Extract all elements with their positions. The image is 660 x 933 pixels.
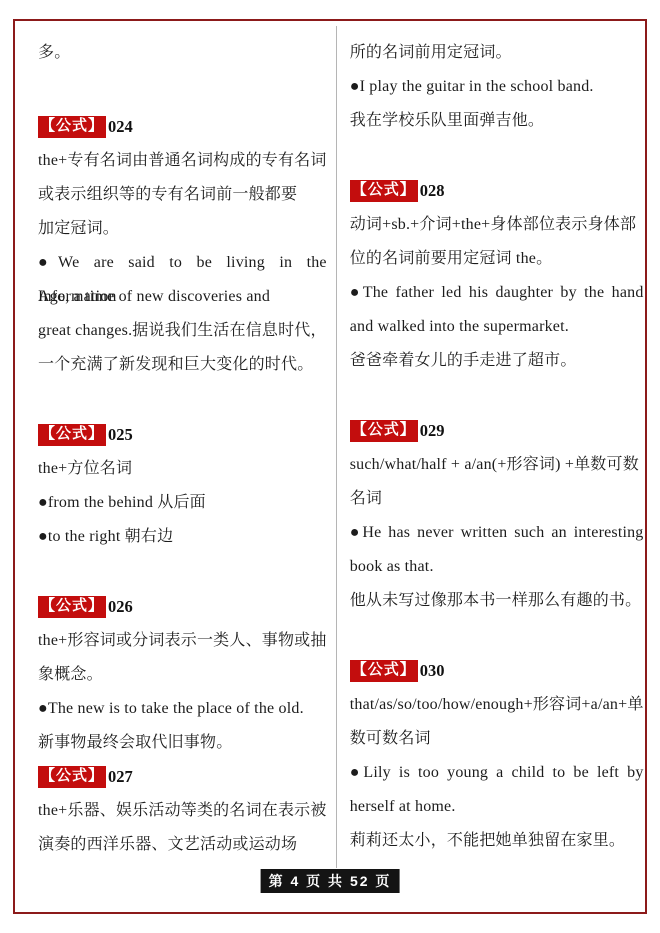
formula-number: 029 [420,421,445,441]
text-line: ●He has never written such an interestin… [350,516,644,550]
text-line: 我在学校乐队里面弹吉他。 [350,104,644,138]
text-line: such/what/half + a/an(+形容词) +单数可数 [350,448,644,482]
text-line: ●from the behind 从后面 [38,486,327,520]
formula-badge: 【公式】 [38,596,106,618]
formula-section-026: 【公式】 026 the+形容词或分词表示一类人、事物或抽 象概念。 ●The … [38,590,327,760]
text-line: ●to the right 朝右边 [38,520,327,554]
text-line: the+形容词或分词表示一类人、事物或抽 [38,624,327,658]
formula-section-025: 【公式】 025 the+方位名词 ●from the behind 从后面 ●… [38,418,327,554]
formula-badge: 【公式】 [38,116,106,138]
text-line: ●We are said to be living in the Informa… [38,246,327,280]
formula-number: 024 [108,117,133,137]
text-line: 莉莉还太小，不能把她单独留在家里。 [350,824,644,858]
formula-badge: 【公式】 [350,660,418,682]
text-line: ●I play the guitar in the school band. [350,70,644,104]
text-line: herself at home. [350,790,644,824]
formula-heading: 【公式】 030 [350,654,644,688]
formula-heading: 【公式】 026 [38,590,327,624]
text-line: the+专有名词由普通名词构成的专有名词 [38,144,327,178]
text-line: great changes.据说我们生活在信息时代， [38,314,327,348]
formula-section-029: 【公式】 029 such/what/half + a/an(+形容词) +单数… [350,414,644,618]
formula-badge: 【公式】 [350,420,418,442]
right-column: 所的名词前用定冠词。 ●I play the guitar in the sch… [337,36,644,868]
document-page: 多。 【公式】 024 the+专有名词由普通名词构成的专有名词 或表示组织等的… [0,0,660,933]
text-line: the+方位名词 [38,452,327,486]
text-line: 他从未写过像那本书一样那么有趣的书。 [350,584,644,618]
text-line: 多。 [38,36,327,70]
text-line: 一个充满了新发现和巨大变化的时代。 [38,348,327,382]
text-line: 加定冠词。 [38,212,327,246]
text-line: 所的名词前用定冠词。 [350,36,644,70]
formula-heading: 【公式】 028 [350,174,644,208]
two-column-layout: 多。 【公式】 024 the+专有名词由普通名词构成的专有名词 或表示组织等的… [38,36,634,868]
text-line: ●Lily is too young a child to be left by [350,756,644,790]
formula-heading: 【公式】 025 [38,418,327,452]
text-line: 演奏的西洋乐器、文艺活动或运动场 [38,828,327,862]
formula-heading: 【公式】 027 [38,760,327,794]
formula-number: 028 [420,181,445,201]
text-line: that/as/so/too/how/enough+形容词+a/an+单 [350,688,644,722]
text-line: the+乐器、娱乐活动等类的名词在表示被 [38,794,327,828]
text-line: 新事物最终会取代旧事物。 [38,726,327,760]
text-line: 或表示组织等的专有名词前一般都要 [38,178,327,212]
formula-section-030: 【公式】 030 that/as/so/too/how/enough+形容词+a… [350,654,644,858]
formula-number: 030 [420,661,445,681]
text-line: 位的名词前要用定冠词 the。 [350,242,644,276]
formula-section-024: 【公式】 024 the+专有名词由普通名词构成的专有名词 或表示组织等的专有名… [38,110,327,382]
left-column: 多。 【公式】 024 the+专有名词由普通名词构成的专有名词 或表示组织等的… [38,36,336,868]
formula-badge: 【公式】 [38,766,106,788]
formula-section-027: 【公式】 027 the+乐器、娱乐活动等类的名词在表示被 演奏的西洋乐器、文艺… [38,760,327,862]
formula-heading: 【公式】 029 [350,414,644,448]
text-line: 动词+sb.+介词+the+身体部位表示身体部 [350,208,644,242]
text-line: 象概念。 [38,658,327,692]
text-line: ●The new is to take the place of the old… [38,692,327,726]
text-line: and walked into the supermarket. [350,310,644,344]
text-line: 名词 [350,482,644,516]
formula-number: 026 [108,597,133,617]
formula-badge: 【公式】 [350,180,418,202]
text-line: 爸爸牵着女儿的手走进了超市。 [350,344,644,378]
formula-heading: 【公式】 024 [38,110,327,144]
text-line: book as that. [350,550,644,584]
formula-number: 025 [108,425,133,445]
formula-badge: 【公式】 [38,424,106,446]
formula-section-028: 【公式】 028 动词+sb.+介词+the+身体部位表示身体部 位的名词前要用… [350,174,644,378]
text-line: 数可数名词 [350,722,644,756]
page-number-footer: 第 4 页 共 52 页 [261,869,400,893]
text-line: ●The father led his daughter by the hand [350,276,644,310]
formula-number: 027 [108,767,133,787]
text-line: Age, a time of new discoveries and [38,280,327,314]
